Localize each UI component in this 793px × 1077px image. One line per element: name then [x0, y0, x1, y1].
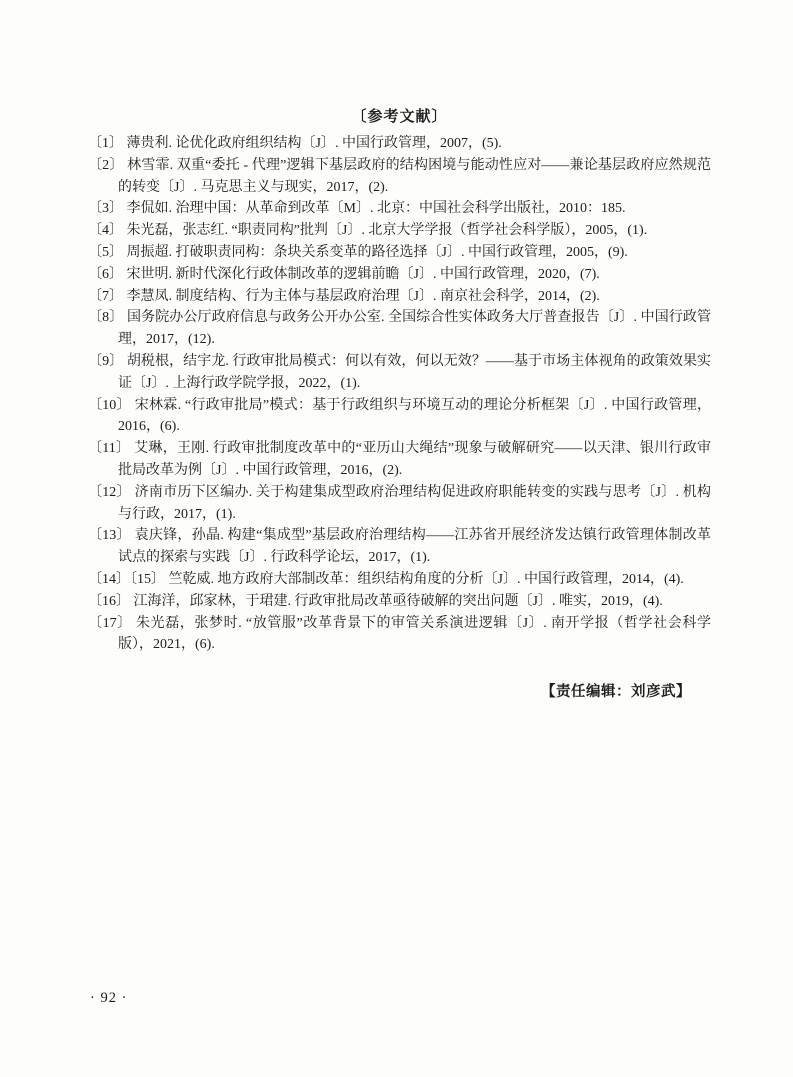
scanned-paper-page: { "document": { "section_title": "〔参考文献〕… — [0, 0, 793, 1077]
reference-item: 〔11〕 艾琳，王刚. 行政审批制度改革中的“亚历山大绳结”现象与破解研究——以… — [88, 438, 711, 482]
references-list: 〔1〕 薄贵利. 论优化政府组织结构〔J〕. 中国行政管理，2007，(5).〔… — [88, 133, 711, 656]
reference-number: 〔14〕〔15〕 — [88, 572, 165, 587]
reference-item: 〔1〕 薄贵利. 论优化政府组织结构〔J〕. 中国行政管理，2007，(5). — [88, 133, 711, 155]
reference-item: 〔14〕〔15〕 竺乾威. 地方政府大部制改革：组织结构角度的分析〔J〕. 中国… — [88, 569, 711, 591]
reference-text: 周振超. 打破职责同构：条块关系变革的路径选择〔J〕. 中国行政管理，2005，… — [127, 245, 628, 260]
reference-number: 〔9〕 — [88, 354, 123, 369]
reference-text: 李慧凤. 制度结构、行为主体与基层政府治理〔J〕. 南京社会科学，2014，(2… — [127, 289, 600, 304]
reference-text: 薄贵利. 论优化政府组织结构〔J〕. 中国行政管理，2007，(5). — [127, 136, 502, 151]
reference-item: 〔17〕 朱光磊，张梦时. “放管服”改革背景下的审管关系演进逻辑〔J〕. 南开… — [88, 613, 711, 657]
reference-text: 袁庆锋，孙晶. 构建“集成型”基层政府治理结构——江苏省开展经济发达镇行政管理体… — [118, 528, 711, 565]
reference-number: 〔16〕 — [88, 594, 130, 609]
reference-number: 〔11〕 — [88, 441, 130, 456]
reference-number: 〔12〕 — [88, 485, 131, 500]
reference-item: 〔4〕 朱光磊，张志红. “职责同构”批判〔J〕. 北京大学学报（哲学社会科学版… — [88, 220, 711, 242]
reference-text: 朱光磊，张梦时. “放管服”改革背景下的审管关系演进逻辑〔J〕. 南开学报（哲学… — [118, 616, 711, 653]
reference-number: 〔7〕 — [88, 289, 123, 304]
reference-number: 〔13〕 — [88, 528, 131, 543]
reference-item: 〔3〕 李侃如. 治理中国：从革命到改革〔M〕. 北京：中国社会科学出版社，20… — [88, 198, 711, 220]
reference-number: 〔8〕 — [88, 310, 123, 325]
reference-item: 〔13〕 袁庆锋，孙晶. 构建“集成型”基层政府治理结构——江苏省开展经济发达镇… — [88, 525, 711, 569]
responsible-editor-note: 【责任编辑：刘彦武】 — [88, 680, 711, 701]
reference-number: 〔1〕 — [88, 136, 123, 151]
reference-text: 朱光磊，张志红. “职责同构”批判〔J〕. 北京大学学报（哲学社会科学版），20… — [127, 223, 648, 238]
reference-item: 〔10〕 宋林霖. “行政审批局”模式：基于行政组织与环境互动的理论分析框架〔J… — [88, 395, 711, 439]
reference-text: 江海洋，邱家林，于珺建. 行政审批局改革亟待破解的突出问题〔J〕. 唯实，201… — [134, 594, 663, 609]
reference-text: 竺乾威. 地方政府大部制改革：组织结构角度的分析〔J〕. 中国行政管理，2014… — [169, 572, 684, 587]
reference-text: 宋世明. 新时代深化行政体制改革的逻辑前瞻〔J〕. 中国行政管理，2020，(7… — [127, 267, 600, 282]
reference-item: 〔9〕 胡税根，结宇龙. 行政审批局模式：何以有效，何以无效？——基于市场主体视… — [88, 351, 711, 395]
references-section-title: 〔参考文献〕 — [88, 106, 711, 128]
reference-item: 〔8〕 国务院办公厅政府信息与政务公开办公室. 全国综合性实体政务大厅普查报告〔… — [88, 307, 711, 351]
reference-item: 〔7〕 李慧凤. 制度结构、行为主体与基层政府治理〔J〕. 南京社会科学，201… — [88, 286, 711, 308]
reference-text: 国务院办公厅政府信息与政务公开办公室. 全国综合性实体政务大厅普查报告〔J〕. … — [118, 310, 711, 347]
reference-item: 〔12〕 济南市历下区编办. 关于构建集成型政府治理结构促进政府职能转变的实践与… — [88, 482, 711, 526]
reference-number: 〔5〕 — [88, 245, 123, 260]
reference-text: 艾琳，王刚. 行政审批制度改革中的“亚历山大绳结”现象与破解研究——以天津、银川… — [118, 441, 711, 478]
page-number: · 92 · — [90, 990, 127, 1007]
reference-number: 〔4〕 — [88, 223, 123, 238]
reference-text: 胡税根，结宇龙. 行政审批局模式：何以有效，何以无效？——基于市场主体视角的政策… — [118, 354, 711, 391]
reference-text: 林雪霏. 双重“委托 - 代理”逻辑下基层政府的结构困境与能动性应对——兼论基层… — [118, 158, 711, 195]
reference-number: 〔3〕 — [88, 201, 123, 216]
page-content: 〔参考文献〕 〔1〕 薄贵利. 论优化政府组织结构〔J〕. 中国行政管理，200… — [88, 106, 711, 701]
reference-number: 〔10〕 — [88, 398, 131, 413]
reference-text: 李侃如. 治理中国：从革命到改革〔M〕. 北京：中国社会科学出版社，2010：1… — [127, 201, 626, 216]
reference-item: 〔6〕 宋世明. 新时代深化行政体制改革的逻辑前瞻〔J〕. 中国行政管理，202… — [88, 264, 711, 286]
reference-item: 〔16〕 江海洋，邱家林，于珺建. 行政审批局改革亟待破解的突出问题〔J〕. 唯… — [88, 591, 711, 613]
reference-item: 〔5〕 周振超. 打破职责同构：条块关系变革的路径选择〔J〕. 中国行政管理，2… — [88, 242, 711, 264]
reference-text: 济南市历下区编办. 关于构建集成型政府治理结构促进政府职能转变的实践与思考〔J〕… — [118, 485, 711, 522]
reference-item: 〔2〕 林雪霏. 双重“委托 - 代理”逻辑下基层政府的结构困境与能动性应对——… — [88, 155, 711, 199]
reference-number: 〔17〕 — [88, 616, 132, 631]
reference-number: 〔6〕 — [88, 267, 123, 282]
reference-number: 〔2〕 — [88, 158, 123, 173]
reference-text: 宋林霖. “行政审批局”模式：基于行政组织与环境互动的理论分析框架〔J〕. 中国… — [118, 398, 711, 435]
